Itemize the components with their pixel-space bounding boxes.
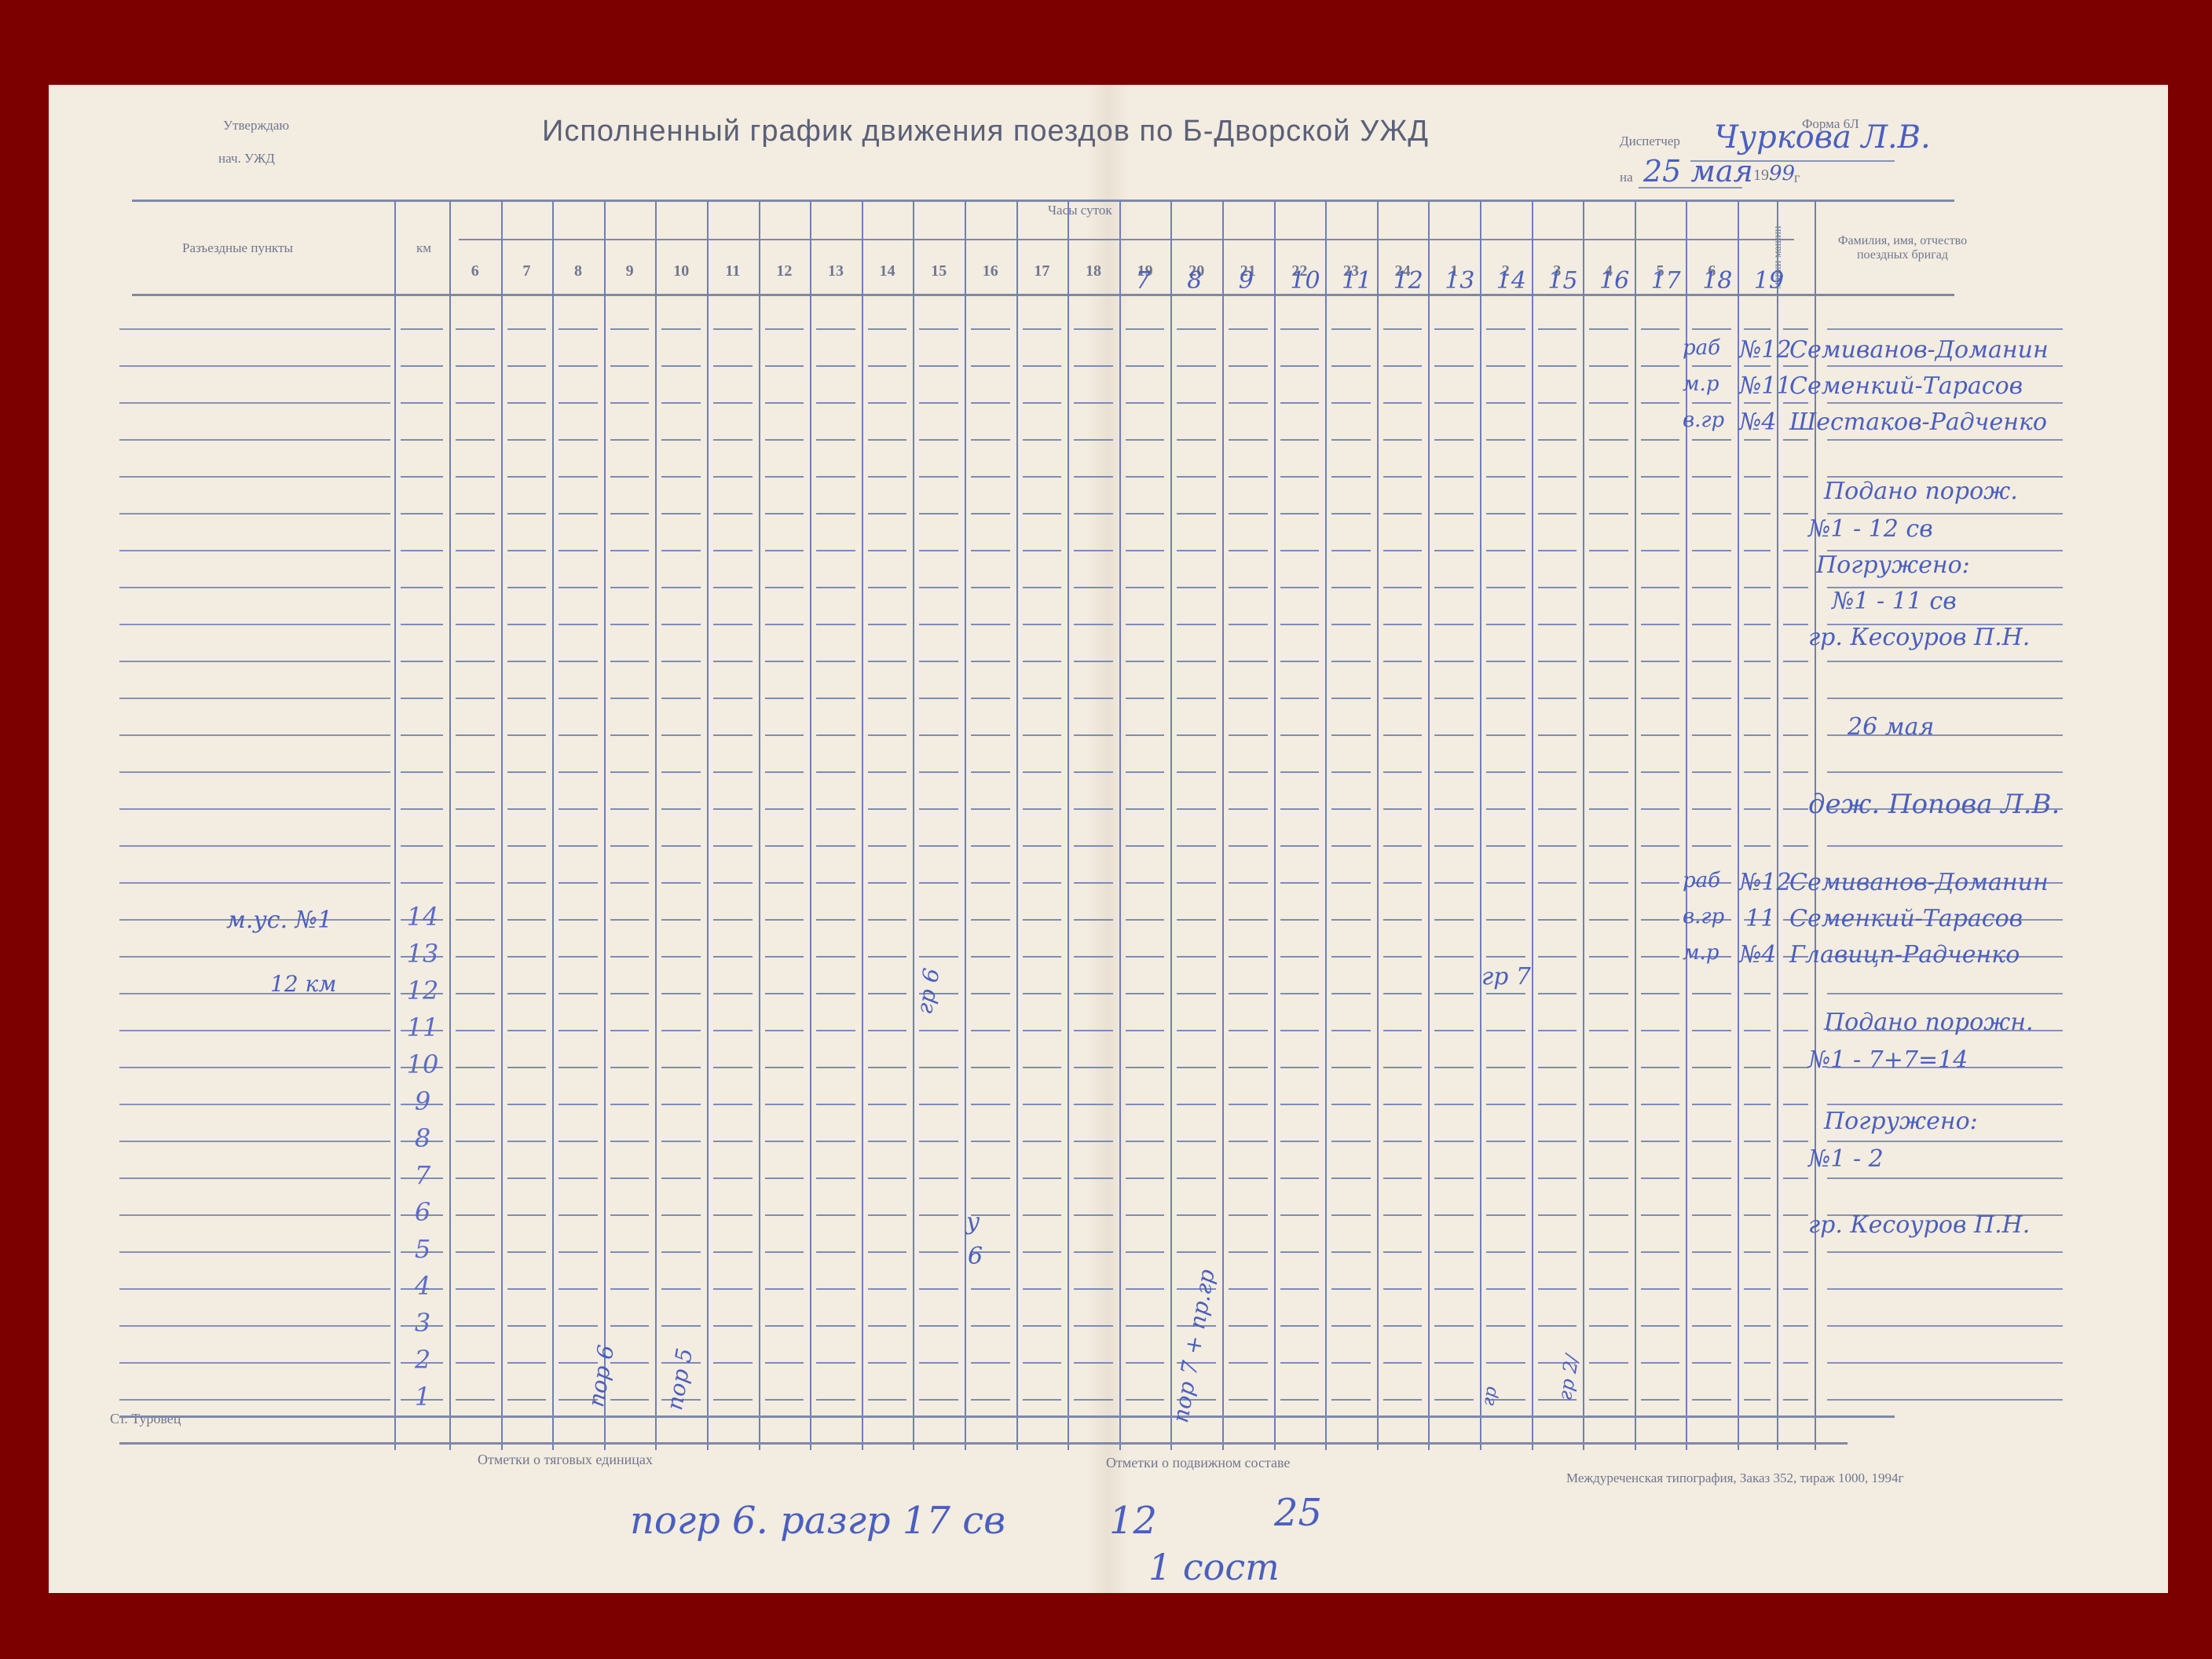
grid-row-line	[119, 550, 390, 551]
hour-header-handwritten: 18	[1702, 267, 1732, 295]
date-value: 25 мая	[1643, 154, 1753, 189]
grid-row-line	[119, 1288, 390, 1290]
km-mark: 6	[399, 1197, 446, 1227]
date-prefix: на	[1620, 170, 1633, 185]
hour-header: 10	[655, 250, 707, 292]
approve-sub-label: нач. УЖД	[218, 151, 275, 167]
grid-row-line	[119, 1104, 390, 1105]
grid-column-line	[1016, 201, 1018, 1450]
km-mark: 5	[399, 1234, 446, 1264]
hour-header-handwritten: 12	[1393, 267, 1423, 295]
grid-row-line	[119, 365, 390, 367]
grid-row-line	[119, 808, 390, 810]
crew-2-loco: №11	[1739, 372, 1792, 400]
grid-mark: гр	[1478, 1385, 1501, 1408]
shift2-date-note: 26 мая	[1848, 713, 1934, 741]
crew-6-names: Главицп-Радченко	[1789, 941, 2020, 969]
grid-row-line	[119, 1325, 390, 1327]
grid-column-line	[655, 201, 657, 1450]
grid-column-line	[1274, 201, 1276, 1450]
grid-row-line	[119, 439, 390, 441]
grid-row-line	[119, 993, 390, 994]
grid-column-line	[1428, 201, 1430, 1450]
km-mark: 9	[399, 1086, 446, 1116]
hour-header: 16	[965, 250, 1016, 292]
grid-row-line	[119, 661, 390, 662]
grid-column-line	[707, 201, 709, 1450]
grid-mark: 6	[968, 1243, 983, 1270]
km-mark: 2	[399, 1345, 446, 1375]
crew-3-role: в.гр	[1683, 408, 1724, 432]
grid-row-line	[119, 1251, 390, 1253]
grid-row-line	[119, 956, 390, 958]
grid-row-line	[119, 587, 390, 588]
hour-header: 11	[707, 250, 759, 292]
year-value: 99	[1769, 162, 1795, 185]
shift1-note-2: №1 - 12 св	[1808, 515, 1933, 543]
crew-2-role: м.р	[1683, 372, 1719, 396]
km-mark: 1	[399, 1382, 446, 1412]
rolling-stock-value-3: 1 сост	[1148, 1546, 1280, 1588]
rolling-stock-label: Отметки о подвижном составе	[1106, 1455, 1290, 1471]
hour-header-handwritten: 7	[1136, 267, 1151, 295]
grid-mark: гр 2/	[1554, 1353, 1584, 1401]
grid-column-line	[1325, 201, 1327, 1450]
shift2-duty-note: деж. Попова Л.В.	[1808, 789, 2060, 820]
km-mark: 11	[399, 1013, 446, 1042]
grid-column-line	[604, 201, 606, 1450]
approve-label: Утверждаю	[223, 118, 289, 134]
hours-header: Часы суток	[1048, 203, 1112, 218]
grid-row-line	[119, 1177, 390, 1179]
grid-row-line	[119, 734, 390, 736]
grid-row-line	[119, 1214, 390, 1216]
shift1-note-4: №1 - 11 св	[1832, 588, 1957, 615]
grid-column-line	[1532, 201, 1533, 1450]
grid-mark: гр 7	[1481, 963, 1531, 991]
crews-column-header: Фамилия, имя, отчество поездных бригад	[1824, 234, 1981, 262]
hour-header-handwritten: 17	[1651, 267, 1681, 295]
hour-header-handwritten: 8	[1187, 267, 1202, 295]
shift2-note-2: №1 - 7+7=14	[1808, 1046, 1968, 1074]
shift2-note-4: №1 - 2	[1808, 1145, 1884, 1173]
crew-4-loco: №12	[1739, 869, 1792, 896]
crew-6-role: м.р	[1683, 941, 1719, 965]
hour-header: 7	[501, 250, 553, 292]
stations-column-header: Разъездные пункты	[182, 240, 293, 256]
shift1-note-3: Погружено:	[1816, 551, 1970, 579]
dispatcher-value: Чуркова Л.В.	[1714, 119, 1931, 156]
hour-header-handwritten: 9	[1239, 267, 1254, 295]
grid-column-line	[394, 201, 396, 1450]
grid-row-line	[119, 698, 390, 699]
hour-header-handwritten: 11	[1342, 267, 1372, 295]
station-note-14: м.ус. №1	[226, 906, 332, 934]
crew-6-loco: №4	[1739, 941, 1776, 969]
crew-4-names: Семиванов-Доманин	[1789, 869, 2049, 896]
grid-row-line	[119, 1362, 390, 1364]
year-prefix: 19	[1753, 167, 1769, 185]
grid-row-line	[119, 624, 390, 625]
grid-row-line	[119, 476, 390, 478]
hour-header: 17	[1016, 250, 1068, 292]
grid-row-line	[119, 1030, 390, 1031]
km-mark: 12	[399, 976, 446, 1005]
crew-2-names: Семенкий-Тарасов	[1789, 372, 2023, 400]
shift1-note-1: Подано порож.	[1824, 478, 2018, 505]
km-mark: 8	[399, 1123, 446, 1153]
hour-header: 6	[449, 250, 501, 292]
hour-header: 9	[604, 250, 656, 292]
grid-column-line	[1480, 201, 1481, 1450]
hour-header: 15	[913, 250, 965, 292]
hour-header: 8	[552, 250, 604, 292]
grid-row-line	[119, 1067, 390, 1068]
grid-row-line	[119, 402, 390, 404]
rolling-stock-value-1: 12	[1109, 1499, 1157, 1543]
grid-column-line	[810, 201, 811, 1450]
grid-row-line	[119, 771, 390, 773]
grid-column-line	[759, 201, 760, 1450]
grid-row-line	[119, 1399, 390, 1401]
shift1-note-5: гр. Кесоуров П.Н.	[1808, 624, 2030, 651]
grid-row-line	[119, 1141, 390, 1142]
grid-column-line	[1170, 201, 1172, 1450]
crew-5-loco: 11	[1745, 905, 1775, 932]
hour-header: 18	[1068, 250, 1119, 292]
crew-3-loco: №4	[1739, 408, 1776, 436]
grid-column-line	[1068, 201, 1069, 1450]
table-top-border	[132, 200, 1954, 202]
crew-5-names: Семенкий-Тарасов	[1789, 905, 2023, 932]
grid-row-line	[119, 882, 390, 884]
hour-header-handwritten: 13	[1445, 267, 1474, 295]
grid-column-line	[1119, 201, 1121, 1450]
crew-3-names: Шестаков-Радченко	[1789, 408, 2047, 436]
grid-row-line	[119, 845, 390, 847]
hour-header-handwritten: 16	[1599, 267, 1629, 295]
grid-column-line	[501, 201, 503, 1450]
km-mark: 3	[399, 1308, 446, 1338]
km-mark: 10	[399, 1049, 446, 1079]
train-schedule-form: Утверждаю нач. УЖД Исполненный график дв…	[49, 85, 2168, 1593]
grid-column-line	[1377, 201, 1379, 1450]
page-title: Исполненный график движения поездов по Б…	[542, 115, 1429, 148]
station-note-12: 12 км	[270, 971, 336, 997]
table-header-bottom-border	[132, 294, 1954, 296]
shift2-note-5: гр. Кесоуров П.Н.	[1808, 1211, 2030, 1239]
hour-header-handwritten: 15	[1547, 267, 1577, 295]
km-mark: 7	[399, 1160, 446, 1190]
grid-column-line	[965, 201, 966, 1450]
traction-label: Отметки о тяговых единицах	[478, 1452, 653, 1468]
hour-header: 12	[759, 250, 811, 292]
crew-5-role: в.гр	[1683, 905, 1724, 928]
dispatcher-label: Диспетчер	[1620, 134, 1680, 149]
grid-column-line	[449, 201, 451, 1450]
grid-column-line	[862, 201, 863, 1450]
km-mark: 14	[399, 902, 446, 932]
year-suffix: г	[1794, 170, 1800, 186]
hour-header: 13	[810, 250, 862, 292]
grid-column-line	[913, 201, 914, 1450]
crew-1-role: раб	[1683, 336, 1720, 360]
traction-value: погр 6. разгр 17 св	[630, 1499, 1005, 1543]
station-bottom-label: Ст. Туровец	[110, 1411, 181, 1427]
grid-column-line	[1222, 201, 1224, 1450]
hour-header: 14	[862, 250, 914, 292]
km-column-header: км	[416, 240, 431, 256]
grid-mark: пор 5	[661, 1346, 698, 1412]
grid-mark: у	[966, 1208, 980, 1236]
crew-1-names: Семиванов-Доманин	[1789, 336, 2049, 364]
grid-row-line	[119, 328, 390, 330]
grid-column-line	[1635, 201, 1636, 1450]
hour-header-handwritten: 14	[1496, 267, 1526, 295]
km-mark: 4	[399, 1271, 446, 1301]
grid-mark: пор 7 + пр.гр	[1167, 1267, 1220, 1424]
grid-row-line	[119, 513, 390, 515]
rolling-stock-value-2: 25	[1274, 1491, 1322, 1535]
hour-header-handwritten: 19	[1754, 267, 1784, 295]
hour-header-handwritten: 10	[1290, 267, 1320, 295]
crew-4-role: раб	[1683, 869, 1720, 892]
km-mark: 13	[399, 939, 446, 969]
grid-column-line	[552, 201, 554, 1450]
printer-imprint: Междуреченская типография, Заказ 352, ти…	[1566, 1470, 1904, 1486]
crew-1-loco: №12	[1739, 336, 1792, 364]
shift2-note-3: Погружено:	[1824, 1108, 1978, 1135]
shift2-note-1: Подано порожн.	[1824, 1009, 2034, 1036]
grid-mark: гр 6	[911, 966, 945, 1016]
grid-column-line	[1583, 201, 1584, 1450]
